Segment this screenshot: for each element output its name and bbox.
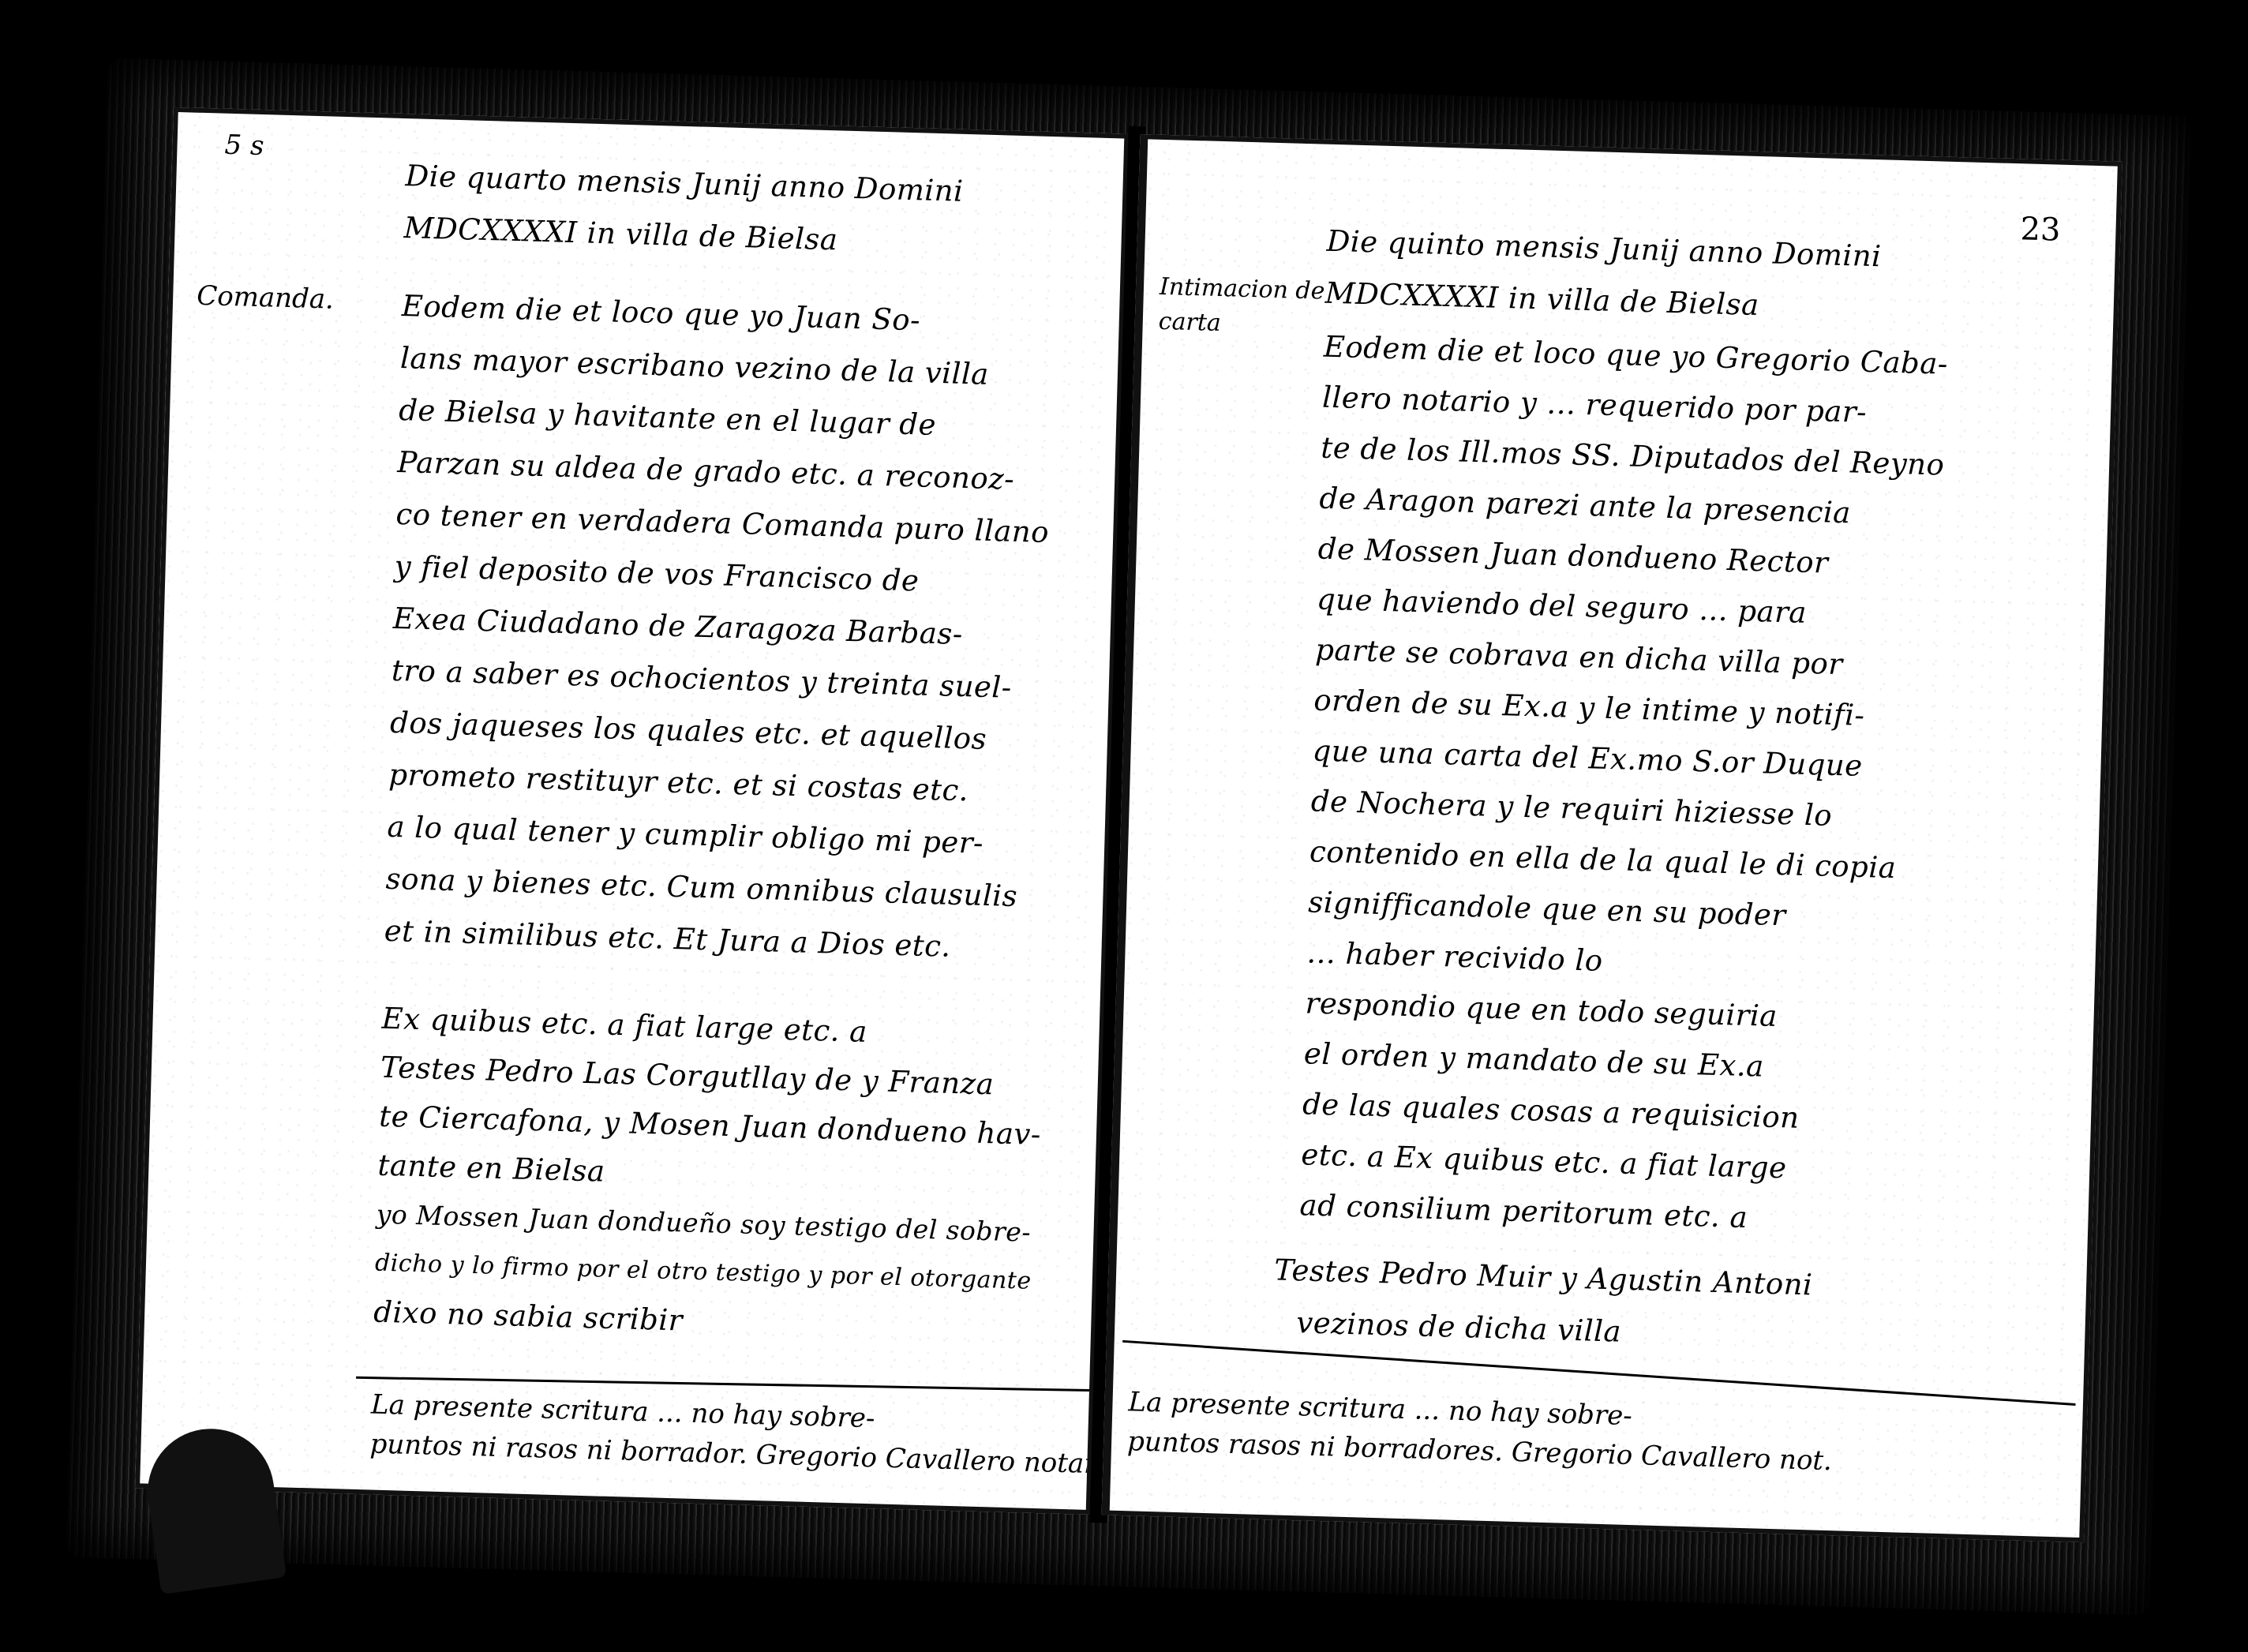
- entry-heading: Die quinto mensis Junij anno Domini MDCX…: [1324, 215, 1882, 335]
- entry-body: Eodem die et loco que yo Juan So- lans m…: [384, 280, 1055, 976]
- entry-witnesses: Testes Pedro Muir y Agustin Antoni vezin…: [1272, 1244, 1814, 1363]
- right-page: 23 Intimacion de carta Die quinto mensis…: [1102, 134, 2122, 1542]
- left-page: 5 s Comanda. Die quarto mensis Junij ann…: [135, 107, 1132, 1515]
- folio-mark: 5 s: [224, 129, 264, 162]
- entry-heading: Die quarto mensis Junij anno Domini MDCX…: [403, 150, 964, 270]
- certification-note: La presente scritura ... no hay sobre- p…: [369, 1384, 1123, 1485]
- open-book: 5 s Comanda. Die quarto mensis Junij ann…: [135, 107, 2122, 1542]
- folio-number: 23: [2020, 211, 2061, 248]
- margin-note-comanda: Comanda.: [197, 279, 335, 317]
- entry-closing: Ex quibus etc. a fiat large etc. a Teste…: [373, 995, 1045, 1355]
- margin-note-intimacion: Intimacion de carta: [1158, 270, 1325, 344]
- certification-note: La presente scritura ... no hay sobre- p…: [1126, 1382, 1834, 1481]
- scan-background: 5 s Comanda. Die quarto mensis Junij ann…: [0, 0, 2248, 1652]
- entry-body: Eodem die et loco que yo Gregorio Caba- …: [1299, 322, 1949, 1249]
